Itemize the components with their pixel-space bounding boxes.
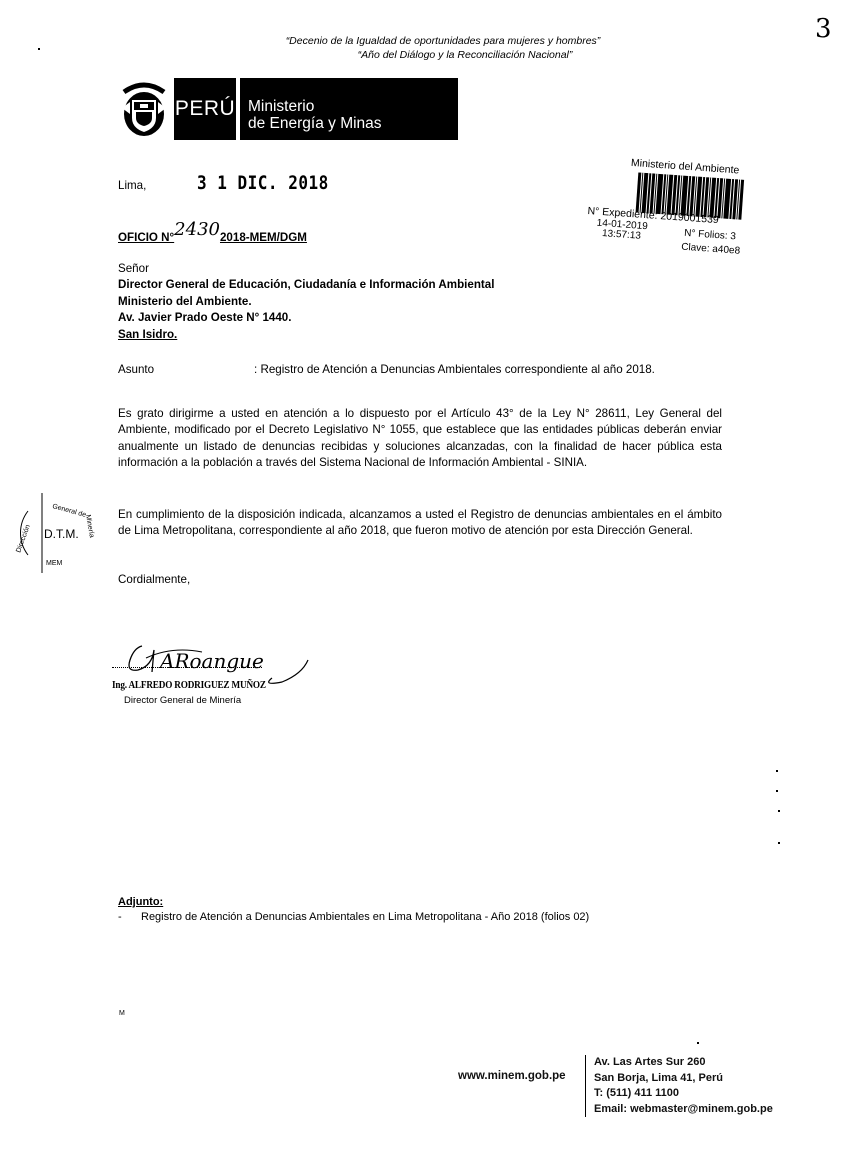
signatory-name: Ing. ALFREDO RODRIGUEZ MUÑOZ: [112, 680, 266, 691]
footer-phone: T: (511) 411 1100: [594, 1086, 773, 1102]
attachments: Adjunto: -Registro de Atención a Denunci…: [118, 895, 589, 925]
attachment-item: -Registro de Atención a Denuncias Ambien…: [118, 910, 589, 925]
attachments-heading: Adjunto:: [118, 895, 589, 910]
typist-initials: M: [119, 1010, 125, 1017]
subject-label: Asunto: [118, 362, 254, 378]
oficio-reference: OFICIO N°24302018-MEM/DGM: [118, 225, 307, 246]
subject-text: : Registro de Atención a Denuncias Ambie…: [254, 363, 655, 376]
oficio-number-handwritten: 2430: [174, 219, 220, 240]
svg-text:Minería: Minería: [84, 514, 95, 538]
official-seal: General de Dirección Minería D.T.M. MEM: [14, 493, 104, 573]
reception-stamp: Ministerio del Ambiente N° Expediente: 2…: [585, 151, 791, 265]
reception-folios: N° Folios: 3: [684, 228, 736, 243]
reception-clave: Clave: a40e8: [681, 242, 741, 257]
closing: Cordialmente,: [118, 572, 190, 588]
scan-speck: [776, 790, 778, 792]
svg-text:Dirección: Dirección: [15, 524, 32, 554]
attachment-item-text: Registro de Atención a Denuncias Ambient…: [141, 911, 589, 923]
ministry-line-1: Ministerio: [248, 98, 458, 115]
scan-speck: [778, 842, 780, 844]
recipient-block: Señor Director General de Educación, Ciu…: [118, 261, 638, 343]
date-stamp: 3 1 DIC. 2018: [197, 172, 329, 194]
oficio-prefix: OFICIO N°: [118, 231, 174, 244]
svg-text:General de: General de: [51, 503, 86, 519]
scan-speck: [776, 770, 778, 772]
ministry-label: Ministerio de Energía y Minas: [238, 78, 458, 140]
scan-speck: [778, 810, 780, 812]
footer-email[interactable]: Email: webmaster@minem.gob.pe: [594, 1102, 773, 1118]
reception-time: 13:57:13: [602, 228, 642, 242]
ministry-line-2: de Energía y Minas: [248, 115, 458, 132]
country-label: PERÚ: [174, 78, 236, 140]
body-paragraph-1: Es grato dirigirme a usted en atención a…: [118, 406, 722, 472]
recipient-institution: Ministerio del Ambiente.: [118, 294, 638, 310]
oficio-suffix: 2018-MEM/DGM: [220, 231, 307, 244]
footer-website[interactable]: www.minem.gob.pe: [458, 1070, 566, 1082]
letterhead-logo: PERÚ Ministerio de Energía y Minas: [118, 78, 458, 140]
subject-line: Asunto: Registro de Atención a Denuncias…: [118, 362, 738, 378]
scan-speck: [38, 48, 40, 50]
scan-speck: [697, 1042, 699, 1044]
signature-text: ARoangue: [158, 649, 264, 673]
recipient-title: Director General de Educación, Ciudadaní…: [118, 277, 638, 293]
footer-address-line-2: San Borja, Lima 41, Perú: [594, 1071, 773, 1087]
recipient-address: Av. Javier Prado Oeste N° 1440.: [118, 310, 638, 326]
seal-bottom: MEM: [46, 560, 63, 567]
footer-divider: [585, 1055, 586, 1117]
footer-address: Av. Las Artes Sur 260 San Borja, Lima 41…: [594, 1055, 773, 1117]
recipient-salutation: Señor: [118, 261, 638, 277]
signature-line: [112, 667, 262, 668]
body-paragraph-2: En cumplimiento de la disposición indica…: [118, 507, 722, 540]
place: Lima,: [118, 178, 146, 194]
motto-line-2: “Año del Diálogo y la Reconciliación Nac…: [34, 48, 862, 62]
coat-of-arms-icon: [118, 78, 170, 140]
signatory-position: Director General de Minería: [124, 695, 241, 706]
seal-center: D.T.M.: [44, 527, 79, 541]
motto-line-1: “Decenio de la Igualdad de oportunidades…: [12, 34, 862, 48]
footer-address-line-1: Av. Las Artes Sur 260: [594, 1055, 773, 1071]
recipient-district: San Isidro.: [118, 327, 638, 343]
